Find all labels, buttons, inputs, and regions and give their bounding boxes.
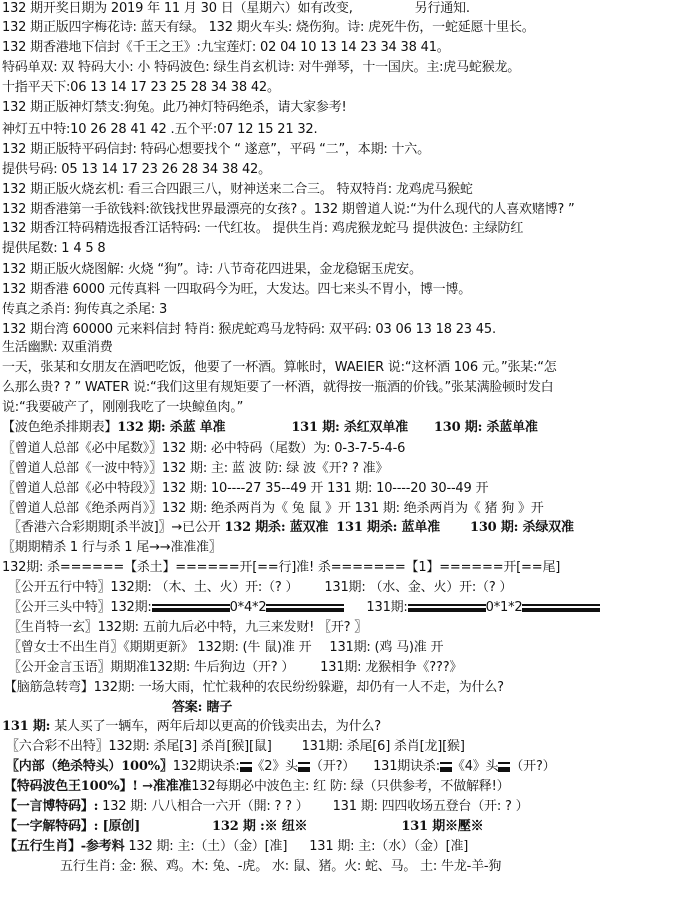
humor-line-3: 说:“我要破产了，刚刚我吃了一块鲸鱼肉。”: [2, 399, 243, 417]
hk-half-wave-line: 〖香港六合彩期期[杀半波]〗→已公开 132 期杀: 蓝双准131 期杀: 蓝单…: [8, 519, 574, 537]
inner-kill-131-head: 《4》头: [452, 759, 498, 774]
lady-zodiac-line: 〖曾女士不出生肖〗《期期更新》 132期: (牛 鼠)准 开131期: (鸡 马…: [8, 639, 443, 657]
hk-fax-line: 132 期香港 6000 元传真料 一四取码今为旺，大发达。四七来头不胃小，博一…: [2, 281, 471, 299]
bar-icon: [434, 604, 460, 612]
bar-icon: [204, 604, 230, 612]
wuxing-zodiac-list: 五行生肖: 金: 猴、鸡。木: 兔、-虎。 水: 鼠、猪。火: 蛇、马。 土: …: [60, 858, 501, 876]
bar-icon: [548, 604, 574, 612]
draw-date-text: 132 期开奖日期为 2019 年 11 月 30 日（星期六）如有改变,: [2, 1, 353, 16]
humor-line-1: 一天，张某和女朋友在酒吧吃饭，他要了一杯酒。算帐时，WAEIER 说:“这杯酒 …: [2, 359, 557, 377]
riddle-question-132: 【脑筋急转弯】132期: 一场大雨，忙忙栽种的农民纷纷躲避，却仍有一人不走，为什…: [4, 679, 504, 697]
bar-icon: [240, 762, 252, 772]
inner-kill-131-label: 131期诀杀:: [373, 759, 440, 774]
one-word-line: 【一言博特码】: 132 期: 八八相合一六开（開: ? ? ）131 期: 四…: [4, 798, 528, 816]
hk-half-130: 130 期: 杀绿双准: [470, 520, 574, 535]
bar-icon: [178, 604, 204, 612]
inner-kill-132-open: （开?）: [310, 759, 355, 774]
inner-kill-131-open: （开?）: [510, 759, 555, 774]
five-elements-131: 131期: （水、金、火）开:（? ）: [324, 580, 512, 595]
wave-kill-132: 132 期: 杀蓝 单准: [117, 420, 225, 435]
three-head-line: 〖公开三头中特〗132期:0*4*2131期:0*1*2: [8, 599, 600, 617]
wuxing-131: 131 期: 主:（水）（金）[准]: [309, 839, 468, 854]
hk-envelope-line: 132 期香港地下信封《千王之王》:九宝莲灯: 02 04 10 13 14 2…: [2, 39, 450, 57]
must-tail-line: 〖曾道人总部《必中尾数》〗132 期: 必中特码（尾数）为: 0-3-7-5-4…: [2, 440, 405, 458]
inner-kill-label: 〖内部（绝杀特头）100%〗: [6, 759, 173, 774]
ten-fingers-line: 十指平天下:06 13 14 17 23 25 28 34 38 42。: [2, 79, 280, 97]
one-char-132: 132 期 :※ 纽※: [212, 819, 307, 834]
three-head-131-label: 131期:: [366, 600, 407, 615]
fire-mystery-line: 132 期正版火烧玄机: 看三合四跟三八，财神送来二合三。 特双特肖: 龙鸡虎马…: [2, 181, 473, 199]
one-char-label: 【一字解特码】: [原创]: [4, 819, 140, 834]
hk-half-label: 〖香港六合彩期期[杀半波]〗→已公开: [8, 520, 224, 535]
plum-poem-line: 132 期正版四字梅花诗: 蓝天有绿。 132 期火车头: 烧伤狗。诗: 虎死牛…: [2, 19, 535, 37]
one-word-132: 132 期: 八八相合一六开（開: ? ? ）: [98, 799, 308, 814]
wave-kill-130: 130 期: 杀蓝单准: [434, 420, 538, 435]
hk-half-131: 131 期杀: 蓝单准: [336, 520, 440, 535]
bar-icon: [440, 762, 452, 772]
fax-kill-line: 传真之杀肖: 狗传真之杀尾: 3: [2, 301, 167, 319]
three-head-132-value: 0*4*2: [230, 600, 267, 615]
precise-kill-line: 〖期期精杀 1 行与杀 1 尾→→准准准〗: [2, 539, 222, 557]
no-special-132: 〖六合彩不出特〗132期: 杀尾[3] 杀肖[猴][鼠]: [6, 739, 272, 754]
hk-first-hand-line: 132 期香港第一手欲钱料:欲钱找世界最漂亮的女孩? 。132 期曾道人说:“为…: [2, 201, 575, 219]
riddle-131-label: 131 期:: [2, 719, 50, 734]
inner-kill-132-head: 《2》头: [252, 759, 298, 774]
kill-two-zodiac-line: 〖曾道人总部《绝杀两肖》〗132 期: 绝杀两肖为《 兔 鼠 》开 131 期:…: [2, 500, 544, 518]
bar-icon: [574, 604, 600, 612]
taiwan-envelope-line: 132 期台湾 60000 元来料信封 特肖: 猴虎蛇鸡马龙特码: 双平码: 0…: [2, 321, 496, 339]
draw-date-line: 132 期开奖日期为 2019 年 11 月 30 日（星期六）如有改变,另行通…: [2, 0, 470, 18]
document-page: 132 期开奖日期为 2019 年 11 月 30 日（星期六）如有改变,另行通…: [0, 0, 688, 916]
kill-element-row: 132期: 杀======【杀土】======开[==行]准! 杀=======…: [2, 559, 560, 577]
lady-zodiac-131: 131期: (鸡 马)准 开: [329, 640, 443, 655]
wuxing-label: 【五行生肖】-参考料: [4, 839, 124, 854]
fire-diagram-line: 132 期正版火烧图解: 火烧 “狗”。诗: 八节奇花四进果，金龙稳锯玉虎安。: [2, 261, 422, 279]
golden-words-132: 〖公开金言玉语〗期期准132期: 牛后狗边（开? ）: [8, 660, 294, 675]
lady-zodiac-132: 〖曾女士不出生肖〗《期期更新》 132期: (牛 鼠)准 开: [8, 640, 311, 655]
bar-icon: [498, 762, 510, 772]
wave-king-label: 【特码波色王100%】! →准准准: [4, 779, 191, 794]
bar-icon: [292, 604, 318, 612]
three-head-131-value: 0*1*2: [486, 600, 523, 615]
humor-line-2: 么那么贵? ? ” WATER 说:“我们这里有规矩要了一杯酒，就得按一瓶酒的价…: [2, 379, 553, 397]
three-head-132-label: 〖公开三头中特〗132期:: [8, 600, 152, 615]
wuxing-132: 132 期: 主:（土）（金）[准]: [124, 839, 287, 854]
wave-kill-schedule: 【波色绝杀排期表】132 期: 杀蓝 单准131 期: 杀红双单准130 期: …: [2, 419, 538, 437]
one-word-131: 131 期: 四四收场五登台（开: ? ）: [333, 799, 529, 814]
provided-tails-line: 提供尾数: 1 4 5 8: [2, 240, 105, 258]
five-elements-132: 〖公开五行中特〗132期: （木、土、火）开:（? ）: [8, 580, 298, 595]
xiangjiang-line: 132 期香江特码精选报香江话特码: 一代红妆。 提供生肖: 鸡虎猴龙蛇马 提供…: [2, 220, 523, 238]
lamp-ban-line: 132 期正版神灯禁支:狗兔。此乃神灯特码绝杀，请大家参考!: [2, 99, 347, 117]
provided-numbers-line: 提供号码: 05 13 14 17 23 26 28 34 38 42。: [2, 161, 271, 179]
wave-kill-131: 131 期: 杀红双单准: [291, 420, 408, 435]
one-word-label: 【一言博特码】:: [4, 799, 98, 814]
golden-words-line: 〖公开金言玉语〗期期准132期: 牛后狗边（开? ）131期: 龙猴相争《???…: [8, 659, 462, 677]
bar-icon: [522, 604, 548, 612]
notice-text: 另行通知.: [415, 1, 470, 16]
wave-king-text: 132每期必中波色主: 红 防: 绿（只供参考，不做解释!）: [191, 779, 509, 794]
bar-icon: [152, 604, 178, 612]
zodiac-one-line: 〖生肖特一玄〗132期: 五前九后必中特，九三来发财! 〖开? 〗: [8, 619, 367, 637]
flat-code-envelope-line: 132 期正版特平码信封: 特码心想要找个 “ 遂意”，平码 “二”，本期: 十…: [2, 141, 430, 159]
wave-kill-label: 【波色绝杀排期表】: [2, 420, 117, 435]
special-code-line: 特码单双: 双 特码大小: 小 特码波色: 绿生肖玄机诗: 对牛弹琴，十一国庆。…: [2, 59, 520, 77]
inner-kill-132-label: 132期诀杀:: [173, 759, 240, 774]
one-char-line: 【一字解特码】: [原创]132 期 :※ 纽※131 期※壓※: [4, 818, 483, 836]
lamp-five-line: 神灯五中特:10 26 28 41 42 .五个平:07 12 15 21 32…: [2, 121, 317, 139]
riddle-131-text: 某人买了一辆车，两年后却以更高的价钱卖出去，为什么?: [50, 719, 381, 734]
golden-words-131: 131期: 龙猴相争《???》: [320, 660, 462, 675]
bar-icon: [318, 604, 344, 612]
wuxing-line: 【五行生肖】-参考料 132 期: 主:（土）（金）[准]131 期: 主:（水…: [4, 838, 468, 856]
humor-title: 生活幽默: 双重消费: [2, 339, 113, 357]
bar-icon: [408, 604, 434, 612]
riddle-answer: 答案: 瞎子: [172, 699, 232, 717]
inner-kill-line: 〖内部（绝杀特头）100%〗132期诀杀:《2》头（开?）131期诀杀:《4》头…: [6, 758, 555, 776]
five-elements-line: 〖公开五行中特〗132期: （木、土、火）开:（? ）131期: （水、金、火）…: [8, 579, 512, 597]
one-char-131: 131 期※壓※: [401, 819, 483, 834]
one-wave-line: 〖曾道人总部《一波中特》〗132 期: 主: 蓝 波 防: 绿 波《开? ? 准…: [2, 460, 388, 478]
no-special-131: 131期: 杀尾[6] 杀肖[龙][猴]: [302, 739, 465, 754]
bar-icon: [298, 762, 310, 772]
hk-half-132: 132 期杀: 蓝双准: [224, 520, 328, 535]
riddle-question-131: 131 期: 某人买了一辆车，两年后却以更高的价钱卖出去，为什么?: [2, 718, 381, 736]
no-special-line: 〖六合彩不出特〗132期: 杀尾[3] 杀肖[猴][鼠]131期: 杀尾[6] …: [6, 738, 465, 756]
bar-icon: [460, 604, 486, 612]
bar-icon: [266, 604, 292, 612]
must-segment-line: 〖曾道人总部《必中特段》〗132 期: 10----27 35--49 开 13…: [2, 480, 488, 498]
wave-king-line: 【特码波色王100%】! →准准准132每期必中波色主: 红 防: 绿（只供参考…: [4, 778, 509, 796]
